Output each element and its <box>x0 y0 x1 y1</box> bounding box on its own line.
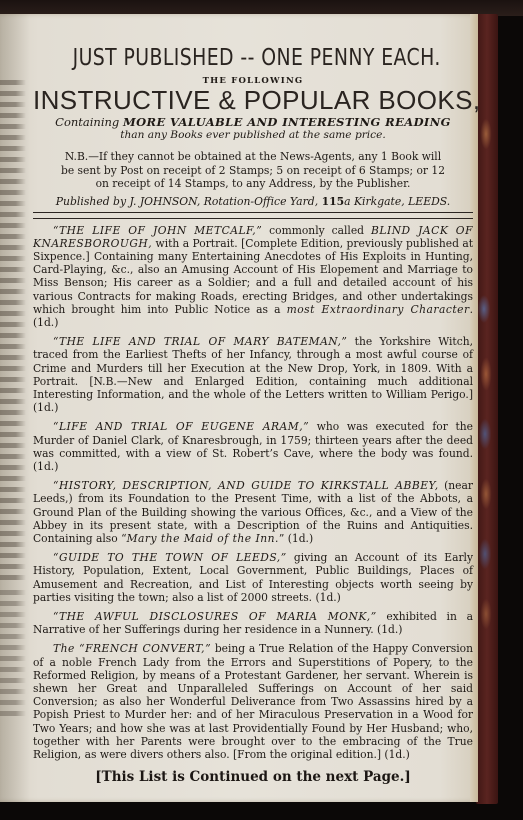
postal-notice-line-1: N.B.—If they cannot be obtained at the N… <box>33 150 473 164</box>
continued-notice: [This List is Continued on the next Page… <box>33 769 473 785</box>
book-entry-maria-monk: “THE AWFUL DISCLOSURES OF MARIA MONK,” e… <box>33 610 473 636</box>
double-rule-divider <box>33 212 473 219</box>
headline: JUST PUBLISHED -- ONE PENNY EACH. <box>73 44 434 72</box>
book-title: “THE LIFE OF JOHN METCALF,” <box>53 224 262 237</box>
book-title: “FRENCH CONVERT,” <box>79 642 211 655</box>
book-entry-leeds-guide: “GUIDE TO THE TOWN OF LEEDS,” giving an … <box>33 551 473 604</box>
entry-prefix: The <box>53 642 79 655</box>
book-photo: JUST PUBLISHED -- ONE PENNY EACH. THE FO… <box>0 0 523 820</box>
entry-emphasis: Mary the Maid of the Inn. <box>127 532 279 545</box>
postal-notice-line-3: on receipt of 14 Stamps, to any Address,… <box>33 177 473 191</box>
publisher-prefix: Published by J. JOHNSON, Rotation-Office… <box>56 195 322 208</box>
book-entry-french-convert: The “FRENCH CONVERT,” being a True Relat… <box>33 642 473 761</box>
book-entry-aram: “LIFE AND TRIAL OF EUGENE ARAM,” who was… <box>33 420 473 473</box>
advertisement-page: JUST PUBLISHED -- ONE PENNY EACH. THE FO… <box>33 44 473 785</box>
subtitle-line-2: than any Books ever published at the sam… <box>33 129 473 142</box>
entry-text: commonly called <box>262 224 371 237</box>
subtitle-prefix: Containing <box>55 115 123 129</box>
marbled-cover-edge <box>476 14 498 804</box>
publisher-suffix: a Kirkgate, LEEDS. <box>344 195 450 208</box>
book-title: “THE LIFE AND TRIAL OF MARY BATEMAN,” <box>53 335 347 348</box>
entry-text: being a True Relation of the Happy Conve… <box>33 642 473 761</box>
page-title: INSTRUCTIVE & POPULAR BOOKS, <box>33 86 473 114</box>
book-title: “LIFE AND TRIAL OF EUGENE ARAM,” <box>53 420 309 433</box>
subtitle-emphasis: MORE VALUABLE AND INTERESTING READING <box>123 115 451 129</box>
book-title: “HISTORY, DESCRIPTION, AND GUIDE TO KIRK… <box>53 479 439 492</box>
show-through-text <box>0 80 26 580</box>
book-title: “GUIDE TO THE TOWN OF LEEDS,” <box>53 551 287 564</box>
subtitle: Containing MORE VALUABLE AND INTERESTING… <box>33 115 473 129</box>
entry-price: ” (1d.) <box>279 532 313 545</box>
entry-emphasis: most Extraordinary Character <box>287 303 470 316</box>
book-entry-kirkstall: “HISTORY, DESCRIPTION, AND GUIDE TO KIRK… <box>33 479 473 545</box>
publisher-number: 115 <box>322 195 345 208</box>
book-title: “THE AWFUL DISCLOSURES OF MARIA MONK,” <box>53 610 377 623</box>
book-entry-metcalf: “THE LIFE OF JOHN METCALF,” commonly cal… <box>33 224 473 330</box>
postal-notice-line-2: be sent by Post on receipt of 2 Stamps; … <box>33 164 473 178</box>
postal-notice: N.B.—If they cannot be obtained at the N… <box>33 150 473 191</box>
show-through-text-lower <box>0 590 26 720</box>
publisher-line: Published by J. JOHNSON, Rotation-Office… <box>33 195 473 209</box>
book-entry-bateman: “THE LIFE AND TRIAL OF MARY BATEMAN,” th… <box>33 335 473 414</box>
